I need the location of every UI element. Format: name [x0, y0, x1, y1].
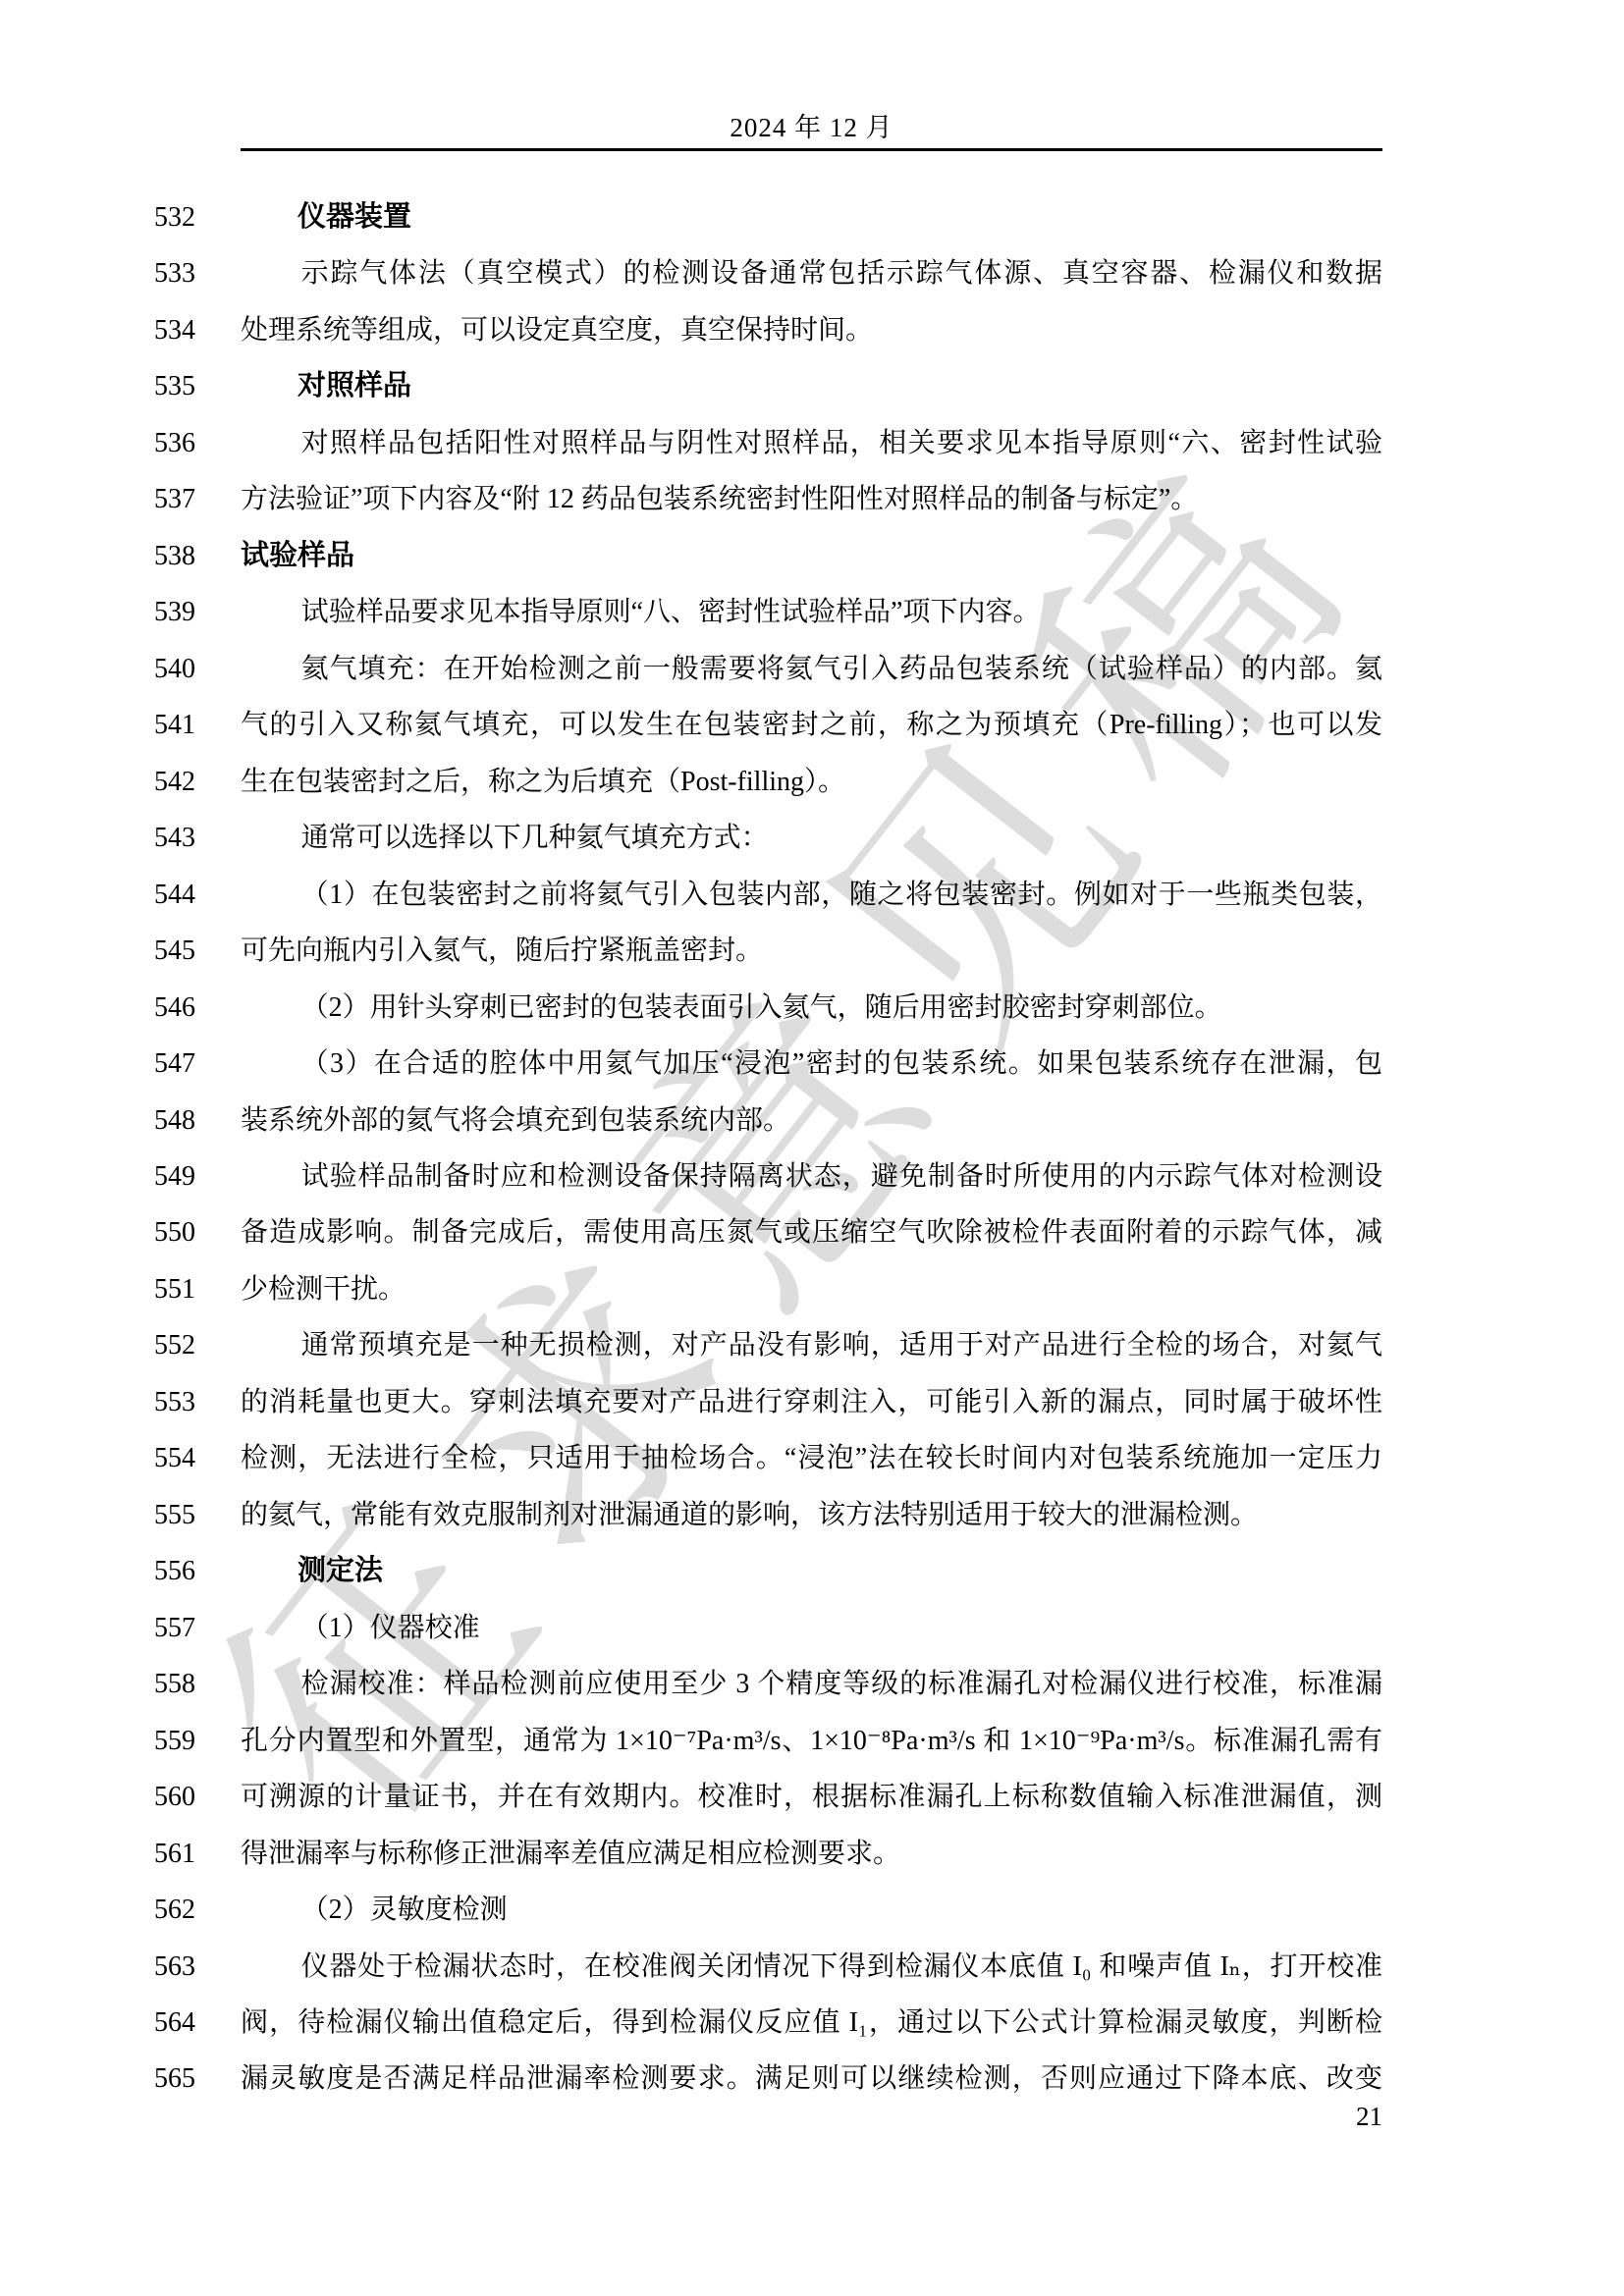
line-row: 552 通常预填充是一种无损检测，对产品没有影响，适用于对产品进行全检的场合，对… — [0, 1317, 1624, 1373]
line-row: 557 （1）仪器校准 — [0, 1600, 1624, 1656]
line-number: 561 — [154, 1826, 195, 1882]
line-number: 562 — [154, 1882, 195, 1938]
line-row: 533 示踪气体法（真空模式）的检测设备通常包括示踪气体源、真空容器、检漏仪和数… — [0, 245, 1624, 301]
line-number: 553 — [154, 1374, 195, 1430]
line-number: 541 — [154, 697, 195, 753]
line-number: 564 — [154, 1995, 195, 2051]
line-row: 542 生在包装密封之后，称之为后填充（Post-filling）。 — [0, 754, 1624, 810]
line-row: 554 检测，无法进行全检，只适用于抽检场合。“浸泡”法在较长时间内对包装系统施… — [0, 1430, 1624, 1486]
line-number: 536 — [154, 415, 195, 471]
line-text: 试验样品制备时应和检测设备保持隔离状态，避免制备时所使用的内示踪气体对检测设 — [241, 1148, 1382, 1204]
line-row: 551 少检测干扰。 — [0, 1261, 1624, 1317]
line-row: 565 漏灵敏度是否满足样品泄漏率检测要求。满足则可以继续检测，否则应通过下降本… — [0, 2051, 1624, 2107]
line-text: 漏灵敏度是否满足样品泄漏率检测要求。满足则可以继续检测，否则应通过下降本底、改变 — [241, 2051, 1382, 2107]
line-rows-container: 532 仪器装置 533 示踪气体法（真空模式）的检测设备通常包括示踪气体源、真… — [0, 189, 1624, 2108]
line-row: 562 （2）灵敏度检测 — [0, 1882, 1624, 1938]
header-rule — [241, 148, 1382, 151]
line-row: 538 试验样品 — [0, 528, 1624, 584]
header-date: 2024 年 12 月 — [241, 112, 1382, 143]
line-number: 532 — [154, 189, 195, 245]
line-text: 检漏校准：样品检测前应使用至少 3 个精度等级的标准漏孔对检漏仪进行校准，标准漏 — [241, 1656, 1382, 1712]
line-number: 547 — [154, 1036, 195, 1092]
line-row: 539 试验样品要求见本指导原则“八、密封性试验样品”项下内容。 — [0, 584, 1624, 640]
line-text: 对照样品 — [241, 358, 1382, 414]
line-number: 552 — [154, 1317, 195, 1373]
line-number: 544 — [154, 867, 195, 923]
line-number: 540 — [154, 641, 195, 697]
line-text: 仪器处于检漏状态时，在校准阀关闭情况下得到检漏仪本底值 I₀ 和噪声值 Iₙ，打… — [241, 1939, 1382, 1995]
line-number: 554 — [154, 1430, 195, 1486]
line-text: 少检测干扰。 — [241, 1261, 1382, 1317]
line-row: 536 对照样品包括阳性对照样品与阴性对照样品，相关要求见本指导原则“六、密封性… — [0, 415, 1624, 471]
line-row: 546 （2）用针头穿刺已密封的包装表面引入氦气，随后用密封胶密封穿刺部位。 — [0, 980, 1624, 1036]
line-number: 563 — [154, 1939, 195, 1995]
line-text: 的氦气，常能有效克服制剂对泄漏通道的影响，该方法特别适用于较大的泄漏检测。 — [241, 1487, 1382, 1543]
line-number: 535 — [154, 358, 195, 414]
line-row: 534 处理系统等组成，可以设定真空度，真空保持时间。 — [0, 302, 1624, 358]
line-number: 565 — [154, 2051, 195, 2107]
line-text: （1）仪器校准 — [241, 1600, 1382, 1656]
line-number: 550 — [154, 1204, 195, 1260]
page-number: 21 — [241, 2101, 1382, 2132]
line-number: 558 — [154, 1656, 195, 1712]
line-number: 534 — [154, 302, 195, 358]
line-number: 548 — [154, 1093, 195, 1148]
line-text: 检测，无法进行全检，只适用于抽检场合。“浸泡”法在较长时间内对包装系统施加一定压… — [241, 1430, 1382, 1486]
line-row: 559 孔分内置型和外置型，通常为 1×10⁻⁷Pa·m³/s、1×10⁻⁸Pa… — [0, 1713, 1624, 1769]
line-text: 处理系统等组成，可以设定真空度，真空保持时间。 — [241, 302, 1382, 358]
line-number: 545 — [154, 923, 195, 979]
line-number: 560 — [154, 1769, 195, 1825]
line-number: 551 — [154, 1261, 195, 1317]
line-row: 532 仪器装置 — [0, 189, 1624, 245]
line-row: 535 对照样品 — [0, 358, 1624, 414]
line-row: 537 方法验证”项下内容及“附 12 药品包装系统密封性阳性对照样品的制备与标… — [0, 471, 1624, 527]
line-number: 557 — [154, 1600, 195, 1656]
line-number: 546 — [154, 980, 195, 1036]
line-number: 559 — [154, 1713, 195, 1769]
line-number: 538 — [154, 528, 195, 584]
line-text: 试验样品 — [241, 528, 1382, 584]
line-text: 得泄漏率与标称修正泄漏率差值应满足相应检测要求。 — [241, 1826, 1382, 1882]
line-text: （1）在包装密封之前将氦气引入包装内部，随之将包装密封。例如对于一些瓶类包装， — [241, 867, 1382, 923]
line-number: 549 — [154, 1148, 195, 1204]
line-text: 氦气填充：在开始检测之前一般需要将氦气引入药品包装系统（试验样品）的内部。氦 — [241, 641, 1382, 697]
line-text: 对照样品包括阳性对照样品与阴性对照样品，相关要求见本指导原则“六、密封性试验 — [241, 415, 1382, 471]
line-text: 可先向瓶内引入氦气，随后拧紧瓶盖密封。 — [241, 923, 1382, 979]
line-text: 生在包装密封之后，称之为后填充（Post-filling）。 — [241, 754, 1382, 810]
line-row: 540 氦气填充：在开始检测之前一般需要将氦气引入药品包装系统（试验样品）的内部… — [0, 641, 1624, 697]
line-text: 方法验证”项下内容及“附 12 药品包装系统密封性阳性对照样品的制备与标定”。 — [241, 471, 1382, 527]
line-text: 阀，待检漏仪输出值稳定后，得到检漏仪反应值 I₁，通过以下公式计算检漏灵敏度，判… — [241, 1995, 1382, 2051]
line-number: 539 — [154, 584, 195, 640]
line-row: 556 测定法 — [0, 1543, 1624, 1599]
line-row: 543 通常可以选择以下几种氦气填充方式： — [0, 810, 1624, 866]
line-text: 试验样品要求见本指导原则“八、密封性试验样品”项下内容。 — [241, 584, 1382, 640]
line-text: 仪器装置 — [241, 189, 1382, 245]
line-row: 545 可先向瓶内引入氦气，随后拧紧瓶盖密封。 — [0, 923, 1624, 979]
line-row: 555 的氦气，常能有效克服制剂对泄漏通道的影响，该方法特别适用于较大的泄漏检测… — [0, 1487, 1624, 1543]
line-number: 537 — [154, 471, 195, 527]
line-number: 543 — [154, 810, 195, 866]
line-number: 542 — [154, 754, 195, 810]
line-row: 553 的消耗量也更大。穿刺法填充要对产品进行穿刺注入，可能引入新的漏点，同时属… — [0, 1374, 1624, 1430]
line-number: 556 — [154, 1543, 195, 1599]
line-row: 558 检漏校准：样品检测前应使用至少 3 个精度等级的标准漏孔对检漏仪进行校准… — [0, 1656, 1624, 1712]
line-row: 564 阀，待检漏仪输出值稳定后，得到检漏仪反应值 I₁，通过以下公式计算检漏灵… — [0, 1995, 1624, 2051]
line-text: 备造成影响。制备完成后，需使用高压氮气或压缩空气吹除被检件表面附着的示踪气体，减 — [241, 1204, 1382, 1260]
document-page: 征求意见稿 2024 年 12 月 532 仪器装置 533 示踪气体法（真空模… — [0, 0, 1624, 2296]
line-row: 560 可溯源的计量证书，并在有效期内。校准时，根据标准漏孔上标称数值输入标准泄… — [0, 1769, 1624, 1825]
line-text: （2）灵敏度检测 — [241, 1882, 1382, 1938]
line-text: 通常可以选择以下几种氦气填充方式： — [241, 810, 1382, 866]
line-text: 示踪气体法（真空模式）的检测设备通常包括示踪气体源、真空容器、检漏仪和数据 — [241, 245, 1382, 301]
line-text: 通常预填充是一种无损检测，对产品没有影响，适用于对产品进行全检的场合，对氦气 — [241, 1317, 1382, 1373]
line-row: 541 气的引入又称氦气填充，可以发生在包装密封之前，称之为预填充（Pre-fi… — [0, 697, 1624, 753]
line-number: 555 — [154, 1487, 195, 1543]
line-text: 测定法 — [241, 1543, 1382, 1599]
line-text: （3）在合适的腔体中用氦气加压“浸泡”密封的包装系统。如果包装系统存在泄漏，包 — [241, 1036, 1382, 1092]
line-number: 533 — [154, 245, 195, 301]
line-text: 气的引入又称氦气填充，可以发生在包装密封之前，称之为预填充（Pre-fillin… — [241, 697, 1382, 753]
line-row: 549 试验样品制备时应和检测设备保持隔离状态，避免制备时所使用的内示踪气体对检… — [0, 1148, 1624, 1204]
line-row: 544 （1）在包装密封之前将氦气引入包装内部，随之将包装密封。例如对于一些瓶类… — [0, 867, 1624, 923]
line-row: 563 仪器处于检漏状态时，在校准阀关闭情况下得到检漏仪本底值 I₀ 和噪声值 … — [0, 1939, 1624, 1995]
line-row: 561 得泄漏率与标称修正泄漏率差值应满足相应检测要求。 — [0, 1826, 1624, 1882]
line-row: 550 备造成影响。制备完成后，需使用高压氮气或压缩空气吹除被检件表面附着的示踪… — [0, 1204, 1624, 1260]
line-text: 的消耗量也更大。穿刺法填充要对产品进行穿刺注入，可能引入新的漏点，同时属于破坏性 — [241, 1374, 1382, 1430]
line-row: 547 （3）在合适的腔体中用氦气加压“浸泡”密封的包装系统。如果包装系统存在泄… — [0, 1036, 1624, 1092]
line-text: 可溯源的计量证书，并在有效期内。校准时，根据标准漏孔上标称数值输入标准泄漏值，测 — [241, 1769, 1382, 1825]
line-text: 装系统外部的氦气将会填充到包装系统内部。 — [241, 1093, 1382, 1148]
line-text: 孔分内置型和外置型，通常为 1×10⁻⁷Pa·m³/s、1×10⁻⁸Pa·m³/… — [241, 1713, 1382, 1769]
line-row: 548 装系统外部的氦气将会填充到包装系统内部。 — [0, 1093, 1624, 1148]
line-text: （2）用针头穿刺已密封的包装表面引入氦气，随后用密封胶密封穿刺部位。 — [241, 980, 1382, 1036]
